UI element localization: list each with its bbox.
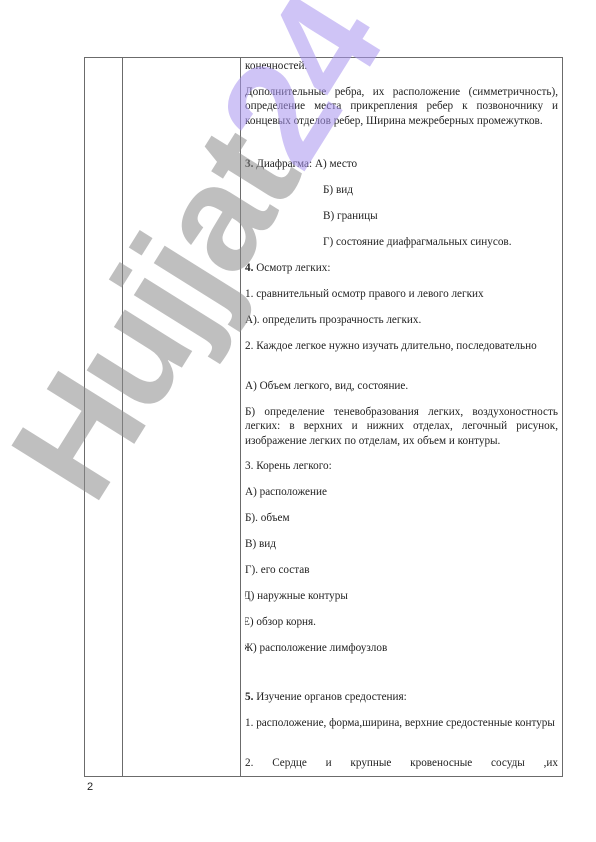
paragraph: А). определить прозрачность легких.	[245, 313, 558, 327]
paragraph: Дополнительные ребра, их расположение (с…	[245, 85, 558, 128]
paragraph-section-5: 5. Изучение органов средостения:	[245, 690, 558, 704]
page-number: 2	[87, 781, 93, 793]
section-title: Изучение органов средостения:	[253, 691, 406, 703]
paragraph: 1. сравнительный осмотр правого и левого…	[245, 287, 558, 301]
paragraph: 1. расположение, форма,ширина, верхние с…	[245, 716, 558, 730]
paragraph: В) вид	[245, 537, 558, 551]
paragraph: конечностей.	[245, 59, 558, 73]
paragraph: Б) вид	[245, 183, 558, 197]
paragraph: Б). объем	[245, 511, 558, 525]
paragraph: Е) обзор корня.	[245, 615, 556, 629]
section-title: Диафрагма: А) место	[253, 158, 357, 170]
table-column-divider	[240, 58, 241, 776]
paragraph: Г). его состав	[245, 563, 558, 577]
table-column-divider	[122, 58, 123, 776]
paragraph: А) Объем легкого, вид, состояние.	[245, 379, 558, 393]
paragraph-section-3: 3. Диафрагма: А) место	[245, 157, 558, 171]
content-table: конечностей. Дополнительные ребра, их ра…	[84, 57, 563, 777]
paragraph: 2. Каждое легкое нужно изучать длительно…	[245, 339, 558, 353]
paragraph: В) границы	[245, 209, 558, 223]
paragraph: А) расположение	[245, 485, 558, 499]
paragraph-section-4: 4. Осмотр легких:	[245, 261, 558, 275]
paragraph: Б) определение теневобразования легких, …	[245, 405, 558, 448]
paragraph: Д) наружные контуры	[245, 589, 556, 603]
table-cell-content: конечностей. Дополнительные ребра, их ра…	[245, 58, 558, 776]
paragraph: 3. Корень легкого:	[245, 459, 558, 473]
paragraph: Г) состояние диафрагмальных синусов.	[245, 235, 558, 249]
paragraph: 2. Сердце и крупные кровеносные сосуды ,…	[245, 756, 558, 770]
section-title: Осмотр легких:	[253, 262, 330, 274]
paragraph: Ж) расположение лимфоузлов	[245, 641, 556, 655]
document-page: конечностей. Дополнительные ребра, их ра…	[0, 0, 596, 842]
